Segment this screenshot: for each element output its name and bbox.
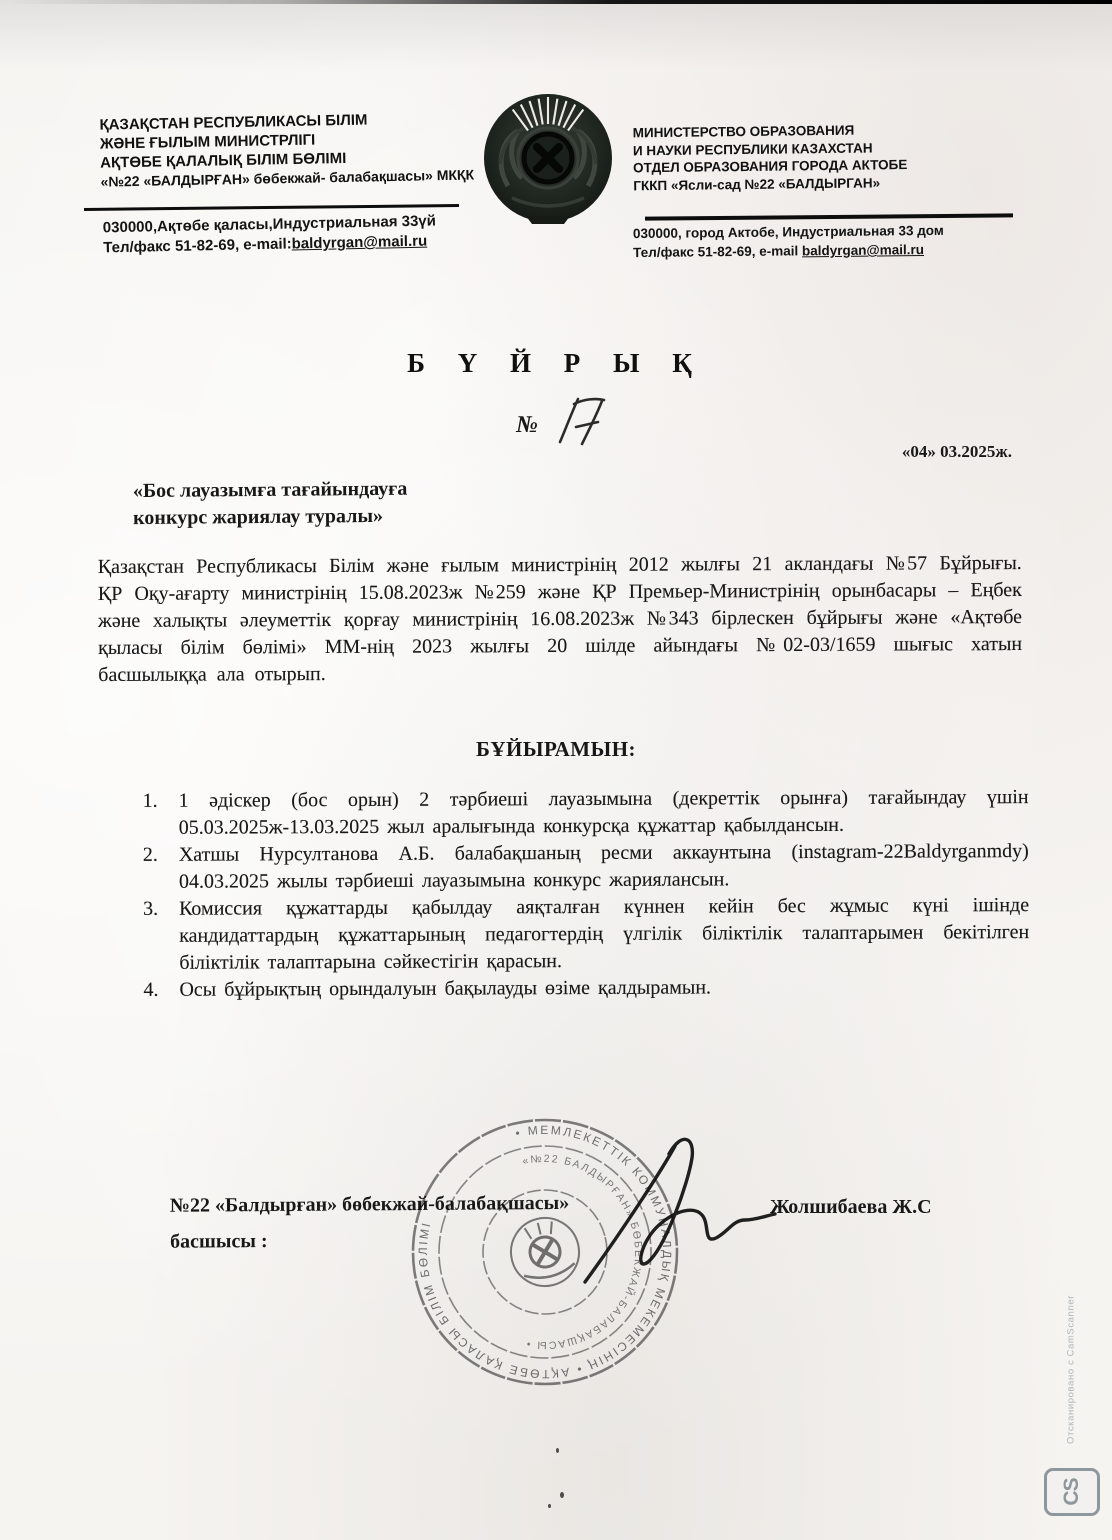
handwritten-number	[546, 392, 616, 452]
header-right-address: 030000, город Актобе, Индустриальная 33 …	[633, 220, 1033, 262]
item-text: Осы бұйрықтың орындалуын бақылауды өзіме…	[179, 973, 1029, 1004]
scanned-document-page: ҚАЗАҚСТАН РЕСПУБЛИКАСЫ БІЛІМ ЖӘНЕ ҒЫЛЫМ …	[0, 0, 1112, 1540]
item-text: Комиссия құжаттарды қабылдау аяқталған к…	[179, 892, 1029, 977]
email-link: baldyrgan@mail.ru	[802, 242, 924, 258]
scan-edge-artifact	[0, 0, 1112, 4]
header-left-divider	[84, 204, 459, 211]
item-number: 4.	[143, 977, 179, 1004]
signature-scribble	[575, 1130, 785, 1295]
address-line: Тел/факс 51-82-69, e-mail baldyrgan@mail…	[633, 239, 1033, 262]
order-number: №	[516, 398, 636, 454]
list-item: 1. 1 әдіскер (бос орын) 2 тәрбиеші лауаз…	[143, 784, 1029, 842]
order-date: «04» 03.2025ж.	[700, 442, 1012, 462]
header-left-address: 030000,Ақтөбе қаласы,Индустриальная 33үй…	[103, 210, 524, 259]
signatory-name: Жолшибаева Ж.С	[770, 1196, 1030, 1219]
phone-email-label: Тел/факс 51-82-69, e-mail	[633, 243, 802, 260]
list-item: 3. Комиссия құжаттарды қабылдау аяқталға…	[143, 892, 1029, 977]
subject-line: «Бос лауазымға тағайындауға	[133, 474, 613, 505]
email-link: baldyrgan@mail.ru	[291, 233, 427, 253]
order-items-list: 1. 1 әдіскер (бос орын) 2 тәрбиеші лауаз…	[143, 784, 1030, 1004]
item-text: Хатшы Нурсултанова А.Б. балабақшаның рес…	[179, 838, 1029, 896]
header-left-org: ҚАЗАҚСТАН РЕСПУБЛИКАСЫ БІЛІМ ЖӘНЕ ҒЫЛЫМ …	[99, 108, 480, 191]
camscanner-logo-icon: CS	[1044, 1468, 1100, 1516]
order-subject: «Бос лауазымға тағайындауға конкурс жари…	[133, 474, 613, 532]
phone-email-label: Тел/факс 51-82-69, e-mail:	[103, 235, 292, 256]
ink-speck	[560, 1492, 564, 1498]
item-number: 2.	[143, 842, 179, 869]
ink-speck	[556, 1448, 559, 1453]
order-preamble: Қазақстан Республикасы Білім және ғылым …	[98, 550, 1023, 689]
ink-speck	[548, 1504, 551, 1508]
item-text: 1 әдіскер (бос орын) 2 тәрбиеші лауазымы…	[179, 784, 1029, 842]
document-title: Б Ү Й Р Ы Қ	[0, 348, 1112, 379]
header-right-org: МИНИСТЕРСТВО ОБРАЗОВАНИЯ И НАУКИ РЕСПУБЛ…	[633, 120, 1024, 195]
item-number: 3.	[143, 896, 179, 923]
camscanner-logo-letters: CS	[1060, 1478, 1084, 1505]
number-sign: №	[516, 412, 538, 439]
list-item: 2. Хатшы Нурсултанова А.Б. балабақшаның …	[143, 838, 1029, 896]
list-item: 4. Осы бұйрықтың орындалуын бақылауды өз…	[143, 973, 1029, 1004]
header-right-divider	[645, 213, 1013, 220]
coat-of-arms-icon	[478, 86, 618, 228]
item-number: 1.	[143, 788, 179, 815]
stamp-emblem-icon	[504, 1211, 586, 1293]
resolution-heading: БҰЙЫРАМЫН:	[0, 737, 1112, 762]
subject-line: конкурс жариялау туралы»	[133, 501, 613, 532]
camscanner-watermark-text: Отсканировано с CamScanner	[1066, 1284, 1077, 1456]
